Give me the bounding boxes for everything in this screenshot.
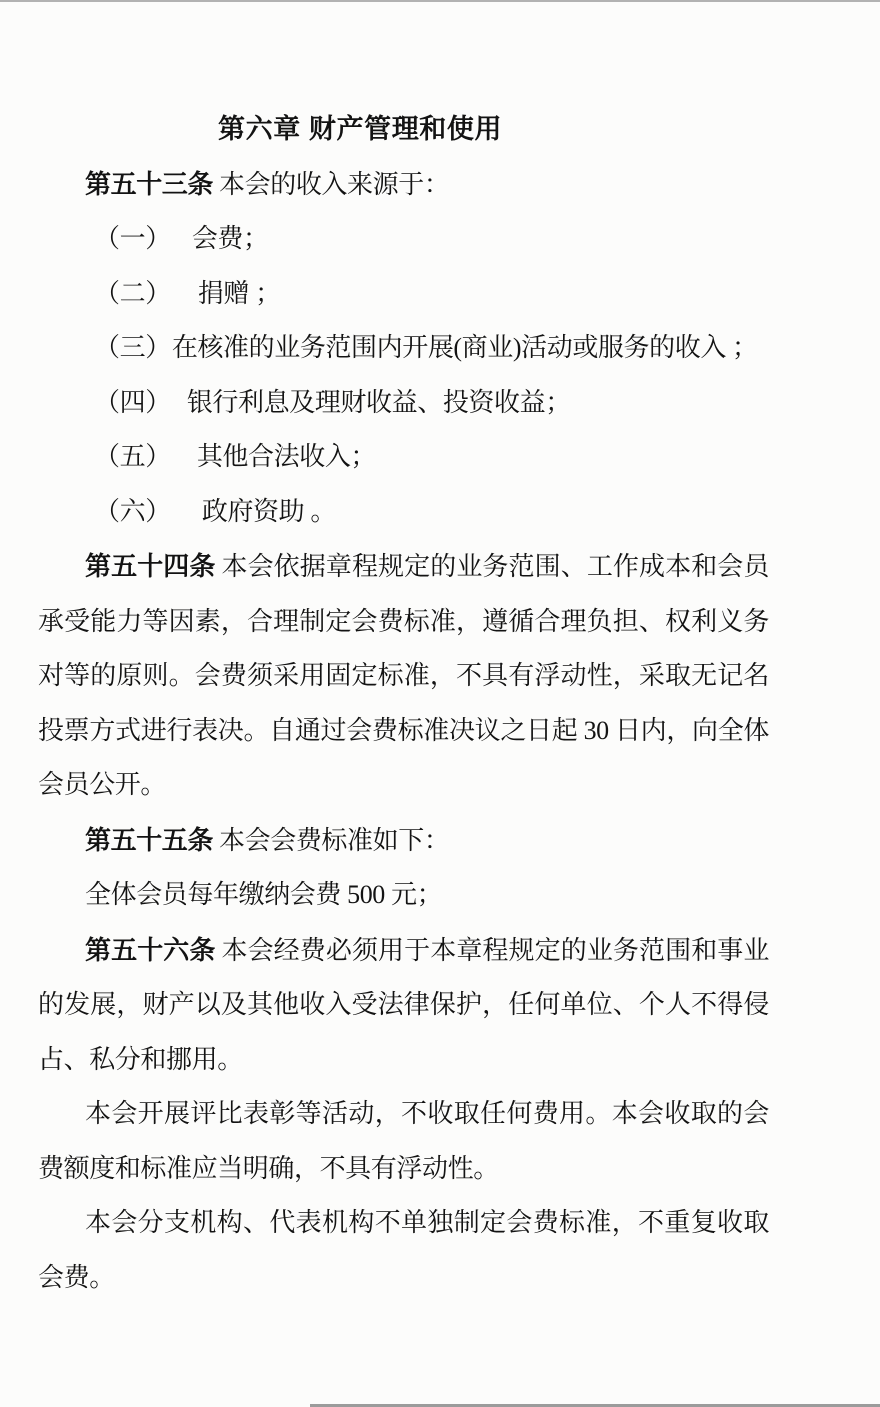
income-item-5-text: 其他合法收入； xyxy=(197,442,376,471)
income-item-4-text: 银行利息及理财收益、投资收益； xyxy=(187,388,571,417)
income-item-6: （六）政府资助 。 xyxy=(38,485,769,540)
scanned-document-page: { "colors": { "paper": "#fcfcfb", "ink":… xyxy=(0,0,880,1407)
income-item-6-text: 政府资助 。 xyxy=(202,497,336,526)
income-item-2: （二）捐赠 ； xyxy=(38,267,769,322)
article-55-fee-line: 全体会员每年缴纳会费 500 元； xyxy=(38,868,769,923)
article-55-number: 第五十五条 xyxy=(85,825,213,855)
article-53-lead-text: 本会的收入来源于： xyxy=(219,170,449,199)
article-56-paragraph: 第五十六条本会经费必须用于本章程规定的业务范围和事业的发展，财产以及其他收入受法… xyxy=(38,923,769,1088)
income-item-3-number: （三） xyxy=(94,321,171,376)
article-54-text: 本会依据章程规定的业务范围、工作成本和会员承受能力等因素，合理制定会费标准，遵循… xyxy=(38,552,769,799)
activities-paragraph: 本会开展评比表彰等活动，不收取任何费用。本会收取的会费额度和标准应当明确，不具有… xyxy=(38,1087,769,1196)
article-53-lead: 第五十三条本会的收入来源于： xyxy=(38,157,769,213)
article-54-paragraph: 第五十四条本会依据章程规定的业务范围、工作成本和会员承受能力等因素，合理制定会费… xyxy=(38,539,769,813)
income-item-1-number: （一） xyxy=(94,212,171,267)
income-item-3-text: 在核准的业务范围内开展(商业)活动或服务的收入 ； xyxy=(172,333,758,362)
income-item-6-number: （六） xyxy=(94,485,171,540)
article-54-number: 第五十四条 xyxy=(85,551,215,581)
article-53-number: 第五十三条 xyxy=(85,169,213,199)
chapter-heading: 第六章 财产管理和使用 xyxy=(218,102,769,157)
document-content: 第六章 财产管理和使用 第五十三条本会的收入来源于： （一）会费； （二）捐赠 … xyxy=(38,0,769,1305)
income-item-4-number: （四） xyxy=(94,376,171,431)
income-item-2-number: （二） xyxy=(94,267,171,322)
income-item-2-text: 捐赠 ； xyxy=(198,279,281,308)
income-item-1-text: 会费； xyxy=(192,224,269,253)
income-item-3: （三）在核准的业务范围内开展(商业)活动或服务的收入 ； xyxy=(38,321,769,376)
income-item-5-number: （五） xyxy=(94,430,171,485)
article-55-lead: 第五十五条本会会费标准如下： xyxy=(38,813,769,869)
article-56-number: 第五十六条 xyxy=(85,935,215,965)
income-item-5: （五）其他合法收入； xyxy=(38,430,769,485)
article-55-lead-text: 本会会费标准如下： xyxy=(219,826,449,855)
income-item-4: （四）银行利息及理财收益、投资收益； xyxy=(38,376,769,431)
income-item-1: （一）会费； xyxy=(38,212,769,267)
branches-paragraph: 本会分支机构、代表机构不单独制定会费标准，不重复收取会费。 xyxy=(38,1196,769,1305)
